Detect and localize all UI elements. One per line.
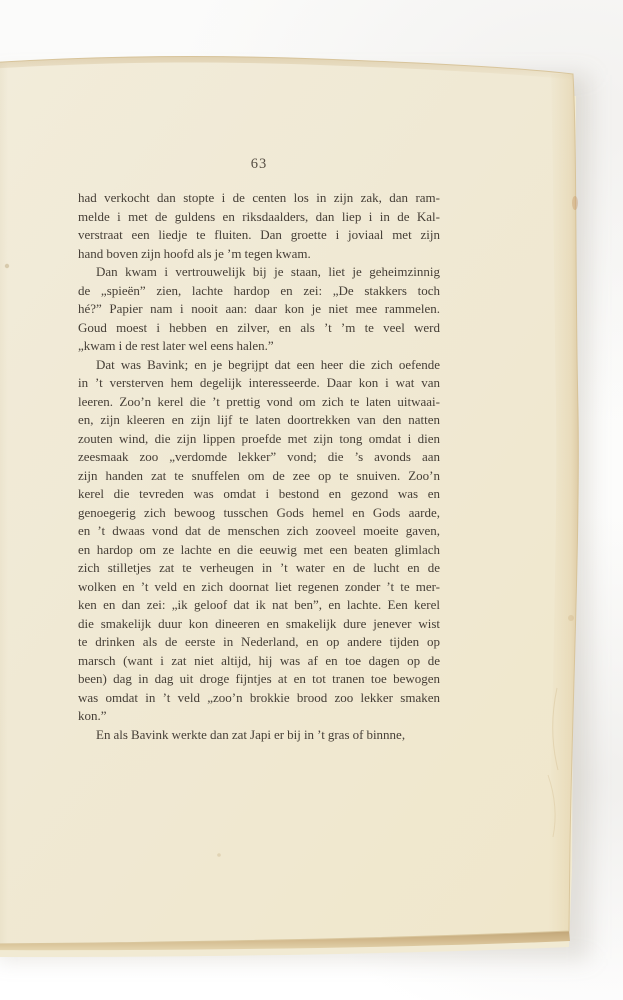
text-line: had verkocht dan stopte i de centen los … (78, 189, 440, 208)
text-line: hé?” Papier nam i nooit aan: daar kon je… (78, 300, 440, 319)
text-line: en hardop om ze lachte en die eeuwig met… (78, 541, 440, 560)
text-line: been) dag in dag uit droge fijntjes at e… (78, 670, 440, 689)
text-line: ken en dan zei: „ik geloof dat ik nat be… (78, 596, 440, 615)
text-line: en ’t dwaas vond dat de menschen zich zo… (78, 522, 440, 541)
text-line: En als Bavink werkte dan zat Japi er bij… (78, 726, 440, 745)
text-line: Dat was Bavink; en je begrijpt dat een h… (78, 356, 440, 375)
text-line: te drinken als de eerste in Nederland, e… (78, 633, 440, 652)
text-line: was omdat in ’t veld „zoo’n brokkie broo… (78, 689, 440, 708)
text-line: kerel die tevreden was omdat i bestond e… (78, 485, 440, 504)
text-line: in ’t versterven hem degelijk interessee… (78, 374, 440, 393)
text-line: zouten wind, die zijn lippen proefde met… (78, 430, 440, 449)
text-block: had verkocht dan stopte i de centen los … (78, 189, 440, 744)
text-line: melde i met de guldens en riksdaalders, … (78, 208, 440, 227)
paragraph: had verkocht dan stopte i de centen los … (78, 189, 440, 263)
text-line: marsch (want i zat niet altijd, hij was … (78, 652, 440, 671)
text-line: Goud moest i hebben en zilver, en als ’t… (78, 319, 440, 338)
text-line: verstraat een liedje te fluiten. Dan gro… (78, 226, 440, 245)
book-page: 63 had verkocht dan stopte i de centen l… (0, 0, 623, 1000)
book-scan: 63 had verkocht dan stopte i de centen l… (0, 0, 623, 1000)
text-line: genoegerig zich bewoog tusschen Gods hem… (78, 504, 440, 523)
text-line: Dan kwam i vertrouwelijk bij je staan, l… (78, 263, 440, 282)
text-line: „kwam i de rest later wel eens halen.” (78, 337, 440, 356)
paragraph: Dan kwam i vertrouwelijk bij je staan, l… (78, 263, 440, 356)
text-line: en, zijn kleeren en zijn lijf te laten d… (78, 411, 440, 430)
paragraph: Dat was Bavink; en je begrijpt dat een h… (78, 356, 440, 726)
text-line: hand boven zijn hoofd als je ’m tegen kw… (78, 245, 440, 264)
text-line: kon.” (78, 707, 440, 726)
text-line: leeren. Zoo’n kerel die ’t prettig vond … (78, 393, 440, 412)
text-line: de „spieën” zien, lachte hardop en zei: … (78, 282, 440, 301)
text-line: zeesmaak zoo „verdomde lekker” vond; die… (78, 448, 440, 467)
page-number: 63 (78, 156, 440, 173)
text-line: wolken en ’t veld en zich doornat liet r… (78, 578, 440, 597)
text-line: zijn handen zat te snuffelen om de zee o… (78, 467, 440, 486)
text-line: die smakelijk duur kon dineeren en smake… (78, 615, 440, 634)
text-line: zich stilletjes zat te verheugen in ’t w… (78, 559, 440, 578)
paragraph: En als Bavink werkte dan zat Japi er bij… (78, 726, 440, 745)
